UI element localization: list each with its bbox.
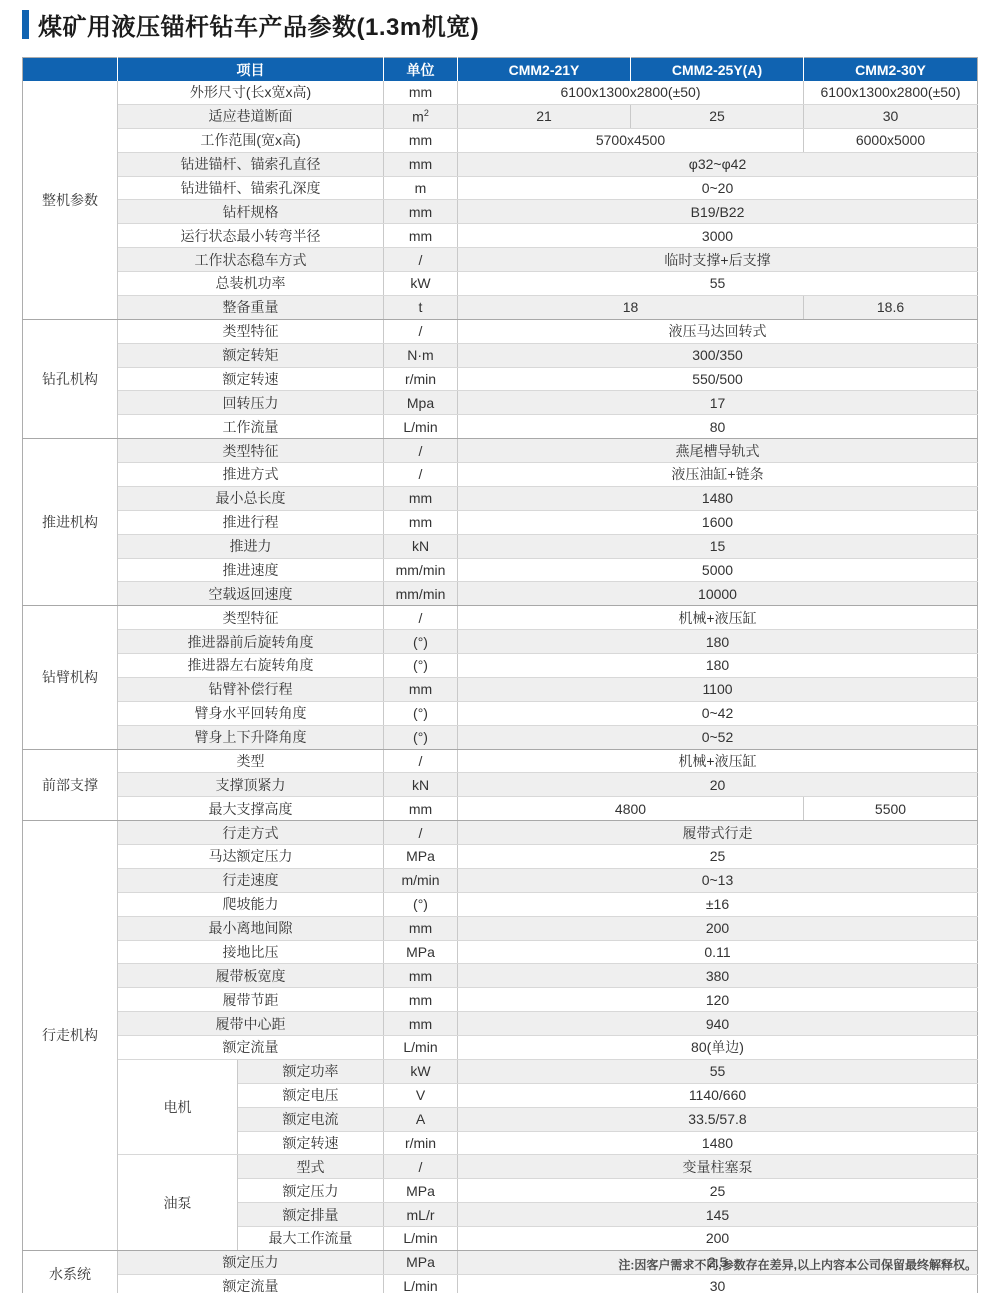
table-row: 推进机构类型特征/燕尾槽导轨式 (23, 439, 978, 463)
unit-cell: mm (384, 964, 458, 988)
item-cell: 推进方式 (118, 463, 384, 487)
item-cell: 行走速度 (118, 868, 384, 892)
title-row: 煤矿用液压锚杆钻车产品参数(1.3m机宽) (22, 7, 479, 41)
item-cell: 额定压力 (238, 1179, 384, 1203)
table-row: 最大支撑高度mm48005500 (23, 797, 978, 821)
table-row: 回转压力Mpa17 (23, 391, 978, 415)
unit-cell: (°) (384, 892, 458, 916)
unit-cell: A (384, 1107, 458, 1131)
table-row: 支撑顶紧力kN20 (23, 773, 978, 797)
table-row: 推进器左右旋转角度(°)180 (23, 654, 978, 678)
value-cell: 380 (458, 964, 978, 988)
subgroup-cell: 油泵 (118, 1155, 238, 1251)
value-cell: 17 (458, 391, 978, 415)
unit-cell: V (384, 1083, 458, 1107)
value-cell: 180 (458, 630, 978, 654)
value-cell: 25 (458, 1179, 978, 1203)
table-row: 额定流量L/min30 (23, 1274, 978, 1293)
header-cell-model-2: CMM2-25Y(A) (631, 58, 804, 82)
table-row: 额定流量L/min80(单边) (23, 1036, 978, 1060)
item-cell: 行走方式 (118, 821, 384, 845)
value-cell: B19/B22 (458, 200, 978, 224)
item-cell: 最大支撑高度 (118, 797, 384, 821)
item-cell: 额定功率 (238, 1059, 384, 1083)
header-cell-model-1: CMM2-21Y (458, 58, 631, 82)
value-cell: 200 (458, 1227, 978, 1251)
value-cell: 25 (458, 845, 978, 869)
value-cell: 15 (458, 534, 978, 558)
value-cell: 20 (458, 773, 978, 797)
value-cell: 6100x1300x2800(±50) (458, 81, 804, 104)
item-cell: 推进器左右旋转角度 (118, 654, 384, 678)
unit-cell: / (384, 439, 458, 463)
unit-cell: kN (384, 773, 458, 797)
unit-cell: mm (384, 677, 458, 701)
unit-cell: mm/min (384, 582, 458, 606)
unit-cell: mm (384, 797, 458, 821)
item-cell: 额定排量 (238, 1203, 384, 1227)
table-row: 工作流量L/min80 (23, 415, 978, 439)
item-cell: 最大工作流量 (238, 1227, 384, 1251)
value-cell: 0.11 (458, 940, 978, 964)
item-cell: 接地比压 (118, 940, 384, 964)
table-header-row: 项目单位CMM2-21YCMM2-25Y(A)CMM2-30Y (23, 58, 978, 82)
table-row: 钻杆规格mmB19/B22 (23, 200, 978, 224)
unit-cell: mm (384, 988, 458, 1012)
unit-cell: (°) (384, 725, 458, 749)
item-cell: 钻进锚杆、锚索孔深度 (118, 176, 384, 200)
table-row: 工作状态稳车方式/临时支撑+后支撑 (23, 248, 978, 272)
table-row: 油泵型式/变量柱塞泵 (23, 1155, 978, 1179)
header-cell-unit: 单位 (384, 58, 458, 82)
value-cell: 200 (458, 916, 978, 940)
value-cell: 4800 (458, 797, 804, 821)
unit-cell: / (384, 606, 458, 630)
spec-table: 项目单位CMM2-21YCMM2-25Y(A)CMM2-30Y 整机参数外形尺寸… (22, 57, 978, 1293)
group-cell: 前部支撑 (23, 749, 118, 821)
unit-cell: mm (384, 152, 458, 176)
value-cell: 3000 (458, 224, 978, 248)
unit-cell: L/min (384, 415, 458, 439)
item-cell: 履带板宽度 (118, 964, 384, 988)
value-cell: 55 (458, 1059, 978, 1083)
item-cell: 适应巷道断面 (118, 104, 384, 128)
table-row: 额定转速r/min550/500 (23, 367, 978, 391)
value-cell: 145 (458, 1203, 978, 1227)
unit-cell: mm (384, 128, 458, 152)
table-row: 最小离地间隙mm200 (23, 916, 978, 940)
value-cell: 5500 (804, 797, 978, 821)
unit-cell: / (384, 319, 458, 343)
table-row: 运行状态最小转弯半径mm3000 (23, 224, 978, 248)
item-cell: 钻进锚杆、锚索孔直径 (118, 152, 384, 176)
value-cell: 120 (458, 988, 978, 1012)
unit-cell: (°) (384, 654, 458, 678)
item-cell: 履带节距 (118, 988, 384, 1012)
value-cell: 1140/660 (458, 1083, 978, 1107)
unit-cell: L/min (384, 1036, 458, 1060)
item-cell: 外形尺寸(长x宽x高) (118, 81, 384, 104)
value-cell: 履带式行走 (458, 821, 978, 845)
value-cell: 0~42 (458, 701, 978, 725)
header-cell-corner (23, 58, 118, 82)
group-cell: 钻臂机构 (23, 606, 118, 749)
table-row: 履带板宽度mm380 (23, 964, 978, 988)
table-row: 电机额定功率kW55 (23, 1059, 978, 1083)
unit-cell: MPa (384, 845, 458, 869)
unit-cell: mm (384, 510, 458, 534)
unit-cell: mm (384, 916, 458, 940)
item-cell: 类型 (118, 749, 384, 773)
unit-cell: L/min (384, 1274, 458, 1293)
table-row: 前部支撑类型/机械+液压缸 (23, 749, 978, 773)
item-cell: 推进行程 (118, 510, 384, 534)
unit-cell: Mpa (384, 391, 458, 415)
item-cell: 推进速度 (118, 558, 384, 582)
value-cell: 180 (458, 654, 978, 678)
value-cell: 80 (458, 415, 978, 439)
item-cell: 类型特征 (118, 319, 384, 343)
group-cell: 钻孔机构 (23, 319, 118, 438)
item-cell: 支撑顶紧力 (118, 773, 384, 797)
table-row: 接地比压MPa0.11 (23, 940, 978, 964)
table-row: 马达额定压力MPa25 (23, 845, 978, 869)
group-cell: 推进机构 (23, 439, 118, 606)
value-cell: 10000 (458, 582, 978, 606)
unit-cell: L/min (384, 1227, 458, 1251)
unit-cell: r/min (384, 367, 458, 391)
table-row: 整备重量t1818.6 (23, 295, 978, 319)
unit-cell: mm (384, 81, 458, 104)
item-cell: 钻臂补偿行程 (118, 677, 384, 701)
item-cell: 履带中心距 (118, 1012, 384, 1036)
table-row: 钻孔机构类型特征/液压马达回转式 (23, 319, 978, 343)
unit-cell: MPa (384, 1179, 458, 1203)
value-cell: 18 (458, 295, 804, 319)
unit-cell: r/min (384, 1131, 458, 1155)
item-cell: 额定转速 (238, 1131, 384, 1155)
unit-cell: kW (384, 272, 458, 296)
unit-cell: mm (384, 486, 458, 510)
unit-cell: mm (384, 200, 458, 224)
subgroup-cell: 电机 (118, 1059, 238, 1155)
value-cell: 33.5/57.8 (458, 1107, 978, 1131)
unit-cell: / (384, 821, 458, 845)
item-cell: 型式 (238, 1155, 384, 1179)
item-cell: 钻杆规格 (118, 200, 384, 224)
item-cell: 额定转矩 (118, 343, 384, 367)
item-cell: 总装机功率 (118, 272, 384, 296)
table-row: 工作范围(宽x高)mm5700x45006000x5000 (23, 128, 978, 152)
value-cell: 5700x4500 (458, 128, 804, 152)
table-row: 钻臂机构类型特征/机械+液压缸 (23, 606, 978, 630)
value-cell: 0~52 (458, 725, 978, 749)
unit-cell: / (384, 463, 458, 487)
item-cell: 额定电流 (238, 1107, 384, 1131)
unit-cell: kW (384, 1059, 458, 1083)
value-cell: 液压马达回转式 (458, 319, 978, 343)
value-cell: 25 (631, 104, 804, 128)
table-row: 适应巷道断面m2212530 (23, 104, 978, 128)
value-cell: 940 (458, 1012, 978, 1036)
table-row: 推进速度mm/min5000 (23, 558, 978, 582)
value-cell: 机械+液压缸 (458, 749, 978, 773)
table-row: 臂身水平回转角度(°)0~42 (23, 701, 978, 725)
value-cell: 30 (804, 104, 978, 128)
unit-cell: kN (384, 534, 458, 558)
value-cell: 机械+液压缸 (458, 606, 978, 630)
unit-cell: mm (384, 1012, 458, 1036)
item-cell: 额定流量 (118, 1036, 384, 1060)
unit-cell: / (384, 248, 458, 272)
value-cell: 变量柱塞泵 (458, 1155, 978, 1179)
item-cell: 推进器前后旋转角度 (118, 630, 384, 654)
group-cell: 行走机构 (23, 821, 118, 1251)
unit-cell: mm (384, 224, 458, 248)
value-cell: 0~13 (458, 868, 978, 892)
table-row: 履带节距mm120 (23, 988, 978, 1012)
value-cell: 1480 (458, 1131, 978, 1155)
table-row: 推进器前后旋转角度(°)180 (23, 630, 978, 654)
table-row: 整机参数外形尺寸(长x宽x高)mm6100x1300x2800(±50)6100… (23, 81, 978, 104)
group-cell: 水系统 (23, 1250, 118, 1293)
unit-cell: mm/min (384, 558, 458, 582)
value-cell: 6000x5000 (804, 128, 978, 152)
item-cell: 额定转速 (118, 367, 384, 391)
table-row: 臂身上下升降角度(°)0~52 (23, 725, 978, 749)
table-row: 推进力kN15 (23, 534, 978, 558)
table-row: 行走速度m/min0~13 (23, 868, 978, 892)
unit-cell: / (384, 1155, 458, 1179)
table-row: 钻进锚杆、锚索孔直径mmφ32~φ42 (23, 152, 978, 176)
table-row: 推进方式/液压油缸+链条 (23, 463, 978, 487)
value-cell: 液压油缸+链条 (458, 463, 978, 487)
unit-cell: / (384, 749, 458, 773)
header-cell-item: 项目 (118, 58, 384, 82)
unit-cell: (°) (384, 630, 458, 654)
unit-cell: MPa (384, 1250, 458, 1274)
group-cell: 整机参数 (23, 81, 118, 319)
value-cell: 临时支撑+后支撑 (458, 248, 978, 272)
page-title: 煤矿用液压锚杆钻车产品参数(1.3m机宽) (38, 7, 479, 42)
item-cell: 工作范围(宽x高) (118, 128, 384, 152)
item-cell: 马达额定压力 (118, 845, 384, 869)
value-cell: 18.6 (804, 295, 978, 319)
item-cell: 空载返回速度 (118, 582, 384, 606)
value-cell: 300/350 (458, 343, 978, 367)
value-cell: 55 (458, 272, 978, 296)
footnote: 注:因客户需求不同,参数存在差异,以上内容本公司保留最终解释权。 (618, 1256, 977, 1273)
table-row: 空载返回速度mm/min10000 (23, 582, 978, 606)
item-cell: 工作流量 (118, 415, 384, 439)
item-cell: 整备重量 (118, 295, 384, 319)
item-cell: 类型特征 (118, 606, 384, 630)
value-cell: 0~20 (458, 176, 978, 200)
value-cell: 1480 (458, 486, 978, 510)
item-cell: 爬坡能力 (118, 892, 384, 916)
item-cell: 额定流量 (118, 1274, 384, 1293)
item-cell: 最小总长度 (118, 486, 384, 510)
item-cell: 额定电压 (238, 1083, 384, 1107)
value-cell: 燕尾槽导轨式 (458, 439, 978, 463)
table-row: 爬坡能力(°)±16 (23, 892, 978, 916)
item-cell: 回转压力 (118, 391, 384, 415)
value-cell: φ32~φ42 (458, 152, 978, 176)
table-body: 整机参数外形尺寸(长x宽x高)mm6100x1300x2800(±50)6100… (23, 81, 978, 1293)
header-cell-model-3: CMM2-30Y (804, 58, 978, 82)
item-cell: 类型特征 (118, 439, 384, 463)
value-cell: 550/500 (458, 367, 978, 391)
unit-cell: m2 (384, 104, 458, 128)
value-cell: 1100 (458, 677, 978, 701)
unit-cell: MPa (384, 940, 458, 964)
table-row: 履带中心距mm940 (23, 1012, 978, 1036)
table-row: 额定转矩N·m300/350 (23, 343, 978, 367)
unit-cell: m/min (384, 868, 458, 892)
value-cell: ±16 (458, 892, 978, 916)
table-row: 最小总长度mm1480 (23, 486, 978, 510)
title-accent-bar (22, 10, 29, 39)
item-cell: 工作状态稳车方式 (118, 248, 384, 272)
unit-cell: t (384, 295, 458, 319)
page: 煤矿用液压锚杆钻车产品参数(1.3m机宽) 项目单位CMM2-21YCMM2-2… (0, 0, 1000, 1293)
value-cell: 5000 (458, 558, 978, 582)
unit-cell: mL/r (384, 1203, 458, 1227)
table-row: 总装机功率kW55 (23, 272, 978, 296)
value-cell: 6100x1300x2800(±50) (804, 81, 978, 104)
table-row: 钻进锚杆、锚索孔深度m0~20 (23, 176, 978, 200)
table-row: 推进行程mm1600 (23, 510, 978, 534)
value-cell: 21 (458, 104, 631, 128)
item-cell: 额定压力 (118, 1250, 384, 1274)
item-cell: 最小离地间隙 (118, 916, 384, 940)
value-cell: 30 (458, 1274, 978, 1293)
unit-cell: N·m (384, 343, 458, 367)
value-cell: 80(单边) (458, 1036, 978, 1060)
item-cell: 推进力 (118, 534, 384, 558)
unit-cell: m (384, 176, 458, 200)
table-row: 钻臂补偿行程mm1100 (23, 677, 978, 701)
unit-cell: (°) (384, 701, 458, 725)
value-cell: 1600 (458, 510, 978, 534)
table-row: 行走机构行走方式/履带式行走 (23, 821, 978, 845)
item-cell: 运行状态最小转弯半径 (118, 224, 384, 248)
table-header: 项目单位CMM2-21YCMM2-25Y(A)CMM2-30Y (23, 58, 978, 82)
item-cell: 臂身上下升降角度 (118, 725, 384, 749)
item-cell: 臂身水平回转角度 (118, 701, 384, 725)
